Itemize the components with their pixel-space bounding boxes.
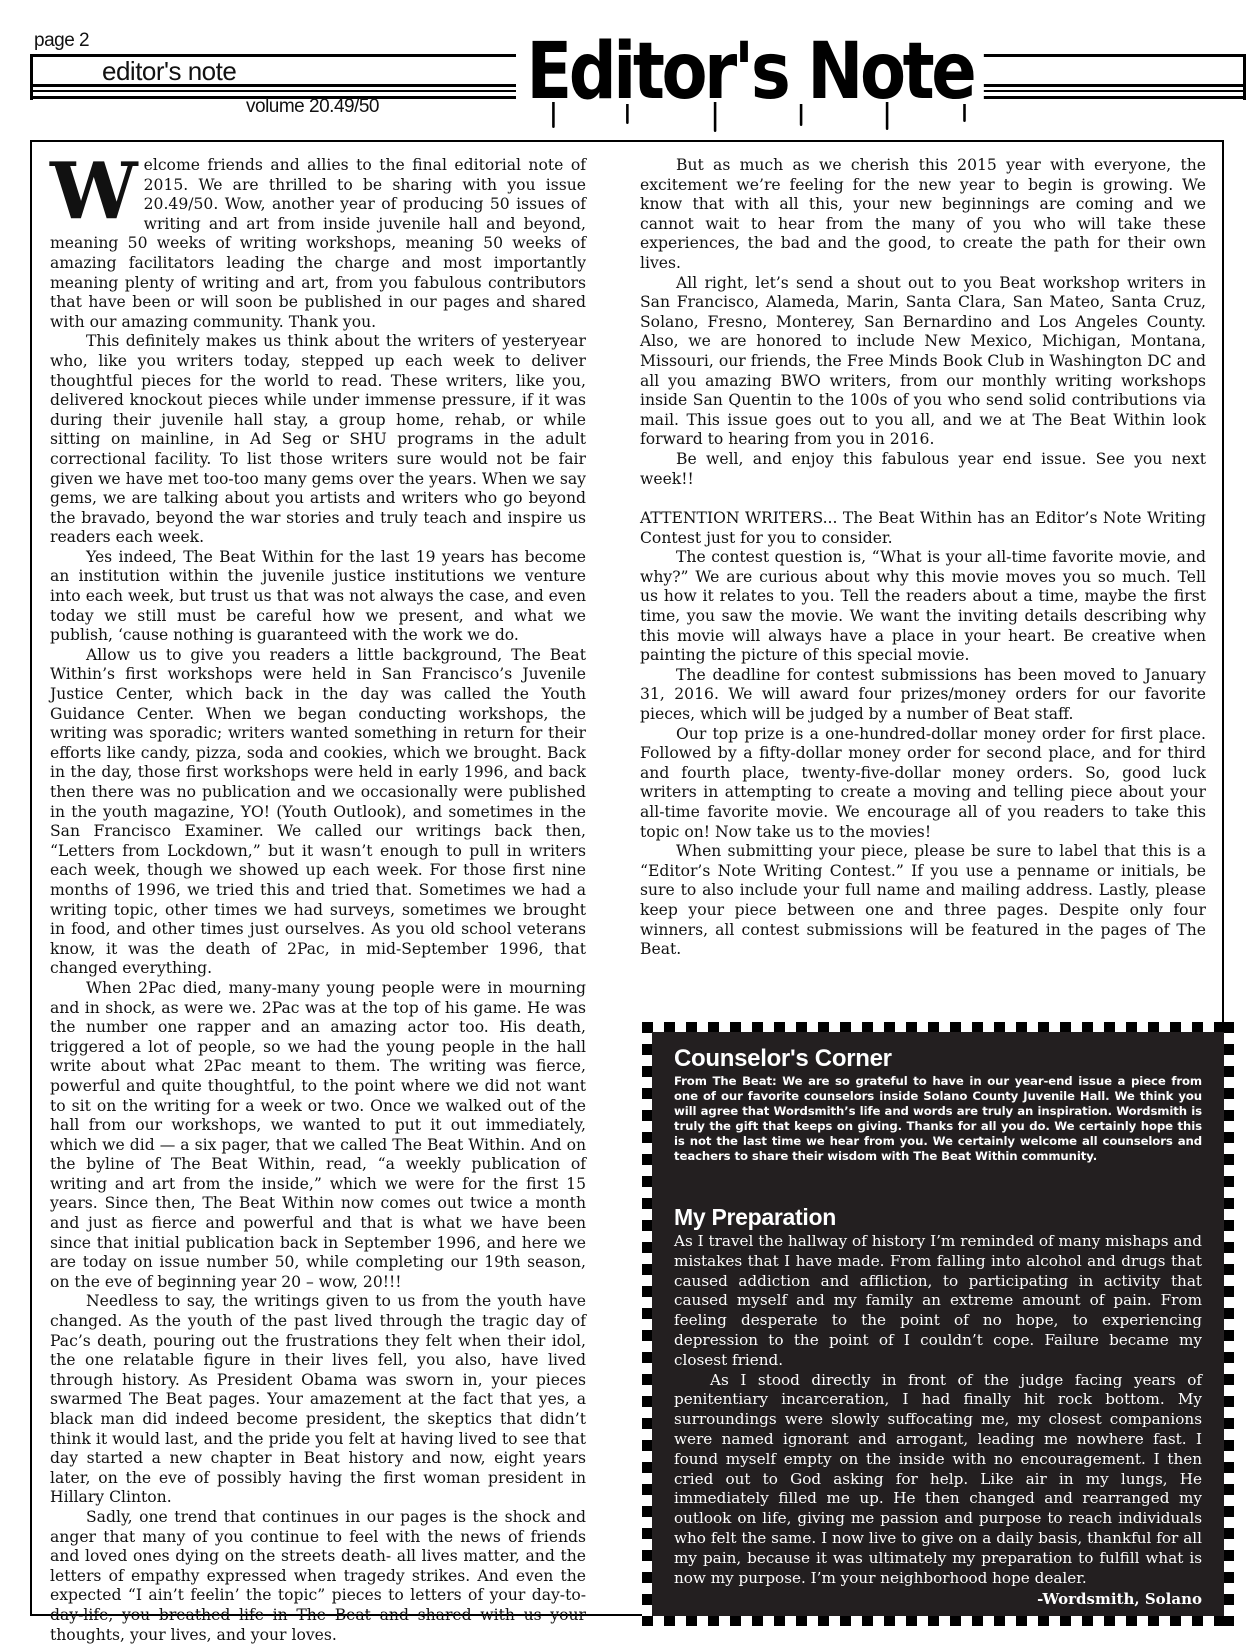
header-rule bbox=[30, 54, 33, 100]
volume-label: volume 20.49/50 bbox=[246, 96, 379, 118]
editorial-paragraph: When 2Pac died, many-many young people w… bbox=[50, 979, 586, 1293]
editorial-paragraph: All right, let’s send a shout out to you… bbox=[640, 274, 1206, 450]
drip-decoration bbox=[800, 104, 803, 126]
editorial-paragraph: Sadly, one trend that continues in our p… bbox=[50, 1508, 586, 1645]
piece-paragraph: As I stood directly in front of the judg… bbox=[674, 1371, 1202, 1589]
editorial-paragraph: But as much as we cherish this 2015 year… bbox=[640, 156, 1206, 274]
editorial-column-right: But as much as we cherish this 2015 year… bbox=[640, 156, 1206, 960]
editorial-paragraph: Allow us to give you readers a little ba… bbox=[50, 646, 586, 979]
counselors-corner-box: Counselor's Corner From The Beat: We are… bbox=[652, 1032, 1224, 1616]
masthead-text: Editor's Note bbox=[526, 27, 973, 117]
counselors-corner-intro: From The Beat: We are so grateful to hav… bbox=[674, 1074, 1202, 1164]
piece-paragraph: As I travel the hallway of history I’m r… bbox=[674, 1232, 1202, 1371]
editorial-paragraph: Needless to say, the writings given to u… bbox=[50, 1292, 586, 1508]
drip-decoration bbox=[552, 102, 555, 128]
drip-decoration bbox=[886, 102, 889, 130]
author-signature: -Wordsmith, Solano bbox=[674, 1588, 1202, 1610]
drip-decoration bbox=[963, 104, 966, 122]
contest-announcement: ATTENTION WRITERS... The Beat Within has… bbox=[640, 509, 1206, 548]
masthead-title: Editor's Note bbox=[516, 22, 984, 122]
drip-decoration bbox=[626, 104, 629, 124]
drip-decoration bbox=[714, 102, 717, 132]
contest-paragraph: The deadline for contest submissions has… bbox=[640, 666, 1206, 725]
drop-cap: W bbox=[50, 162, 138, 222]
piece-body: As I travel the hallway of history I’m r… bbox=[674, 1232, 1202, 1588]
editorial-paragraph: This definitely makes us think about the… bbox=[50, 332, 586, 548]
header-rule bbox=[1243, 54, 1246, 100]
contest-paragraph: The contest question is, “What is your a… bbox=[640, 548, 1206, 666]
contest-paragraph: When submitting your piece, please be su… bbox=[640, 842, 1206, 960]
editorial-column-left: Welcome friends and allies to the final … bbox=[50, 156, 586, 1645]
contest-paragraph: Our top prize is a one-hundred-dollar mo… bbox=[640, 725, 1206, 843]
section-label: editor's note bbox=[102, 56, 236, 87]
piece-title: My Preparation bbox=[674, 1204, 1202, 1230]
editorial-paragraph: Welcome friends and allies to the final … bbox=[50, 156, 586, 332]
page-number: page 2 bbox=[34, 30, 89, 52]
counselors-corner-title: Counselor's Corner bbox=[674, 1046, 1202, 1072]
editorial-paragraph: Yes indeed, The Beat Within for the last… bbox=[50, 548, 586, 646]
editorial-paragraph: Be well, and enjoy this fabulous year en… bbox=[640, 450, 1206, 489]
